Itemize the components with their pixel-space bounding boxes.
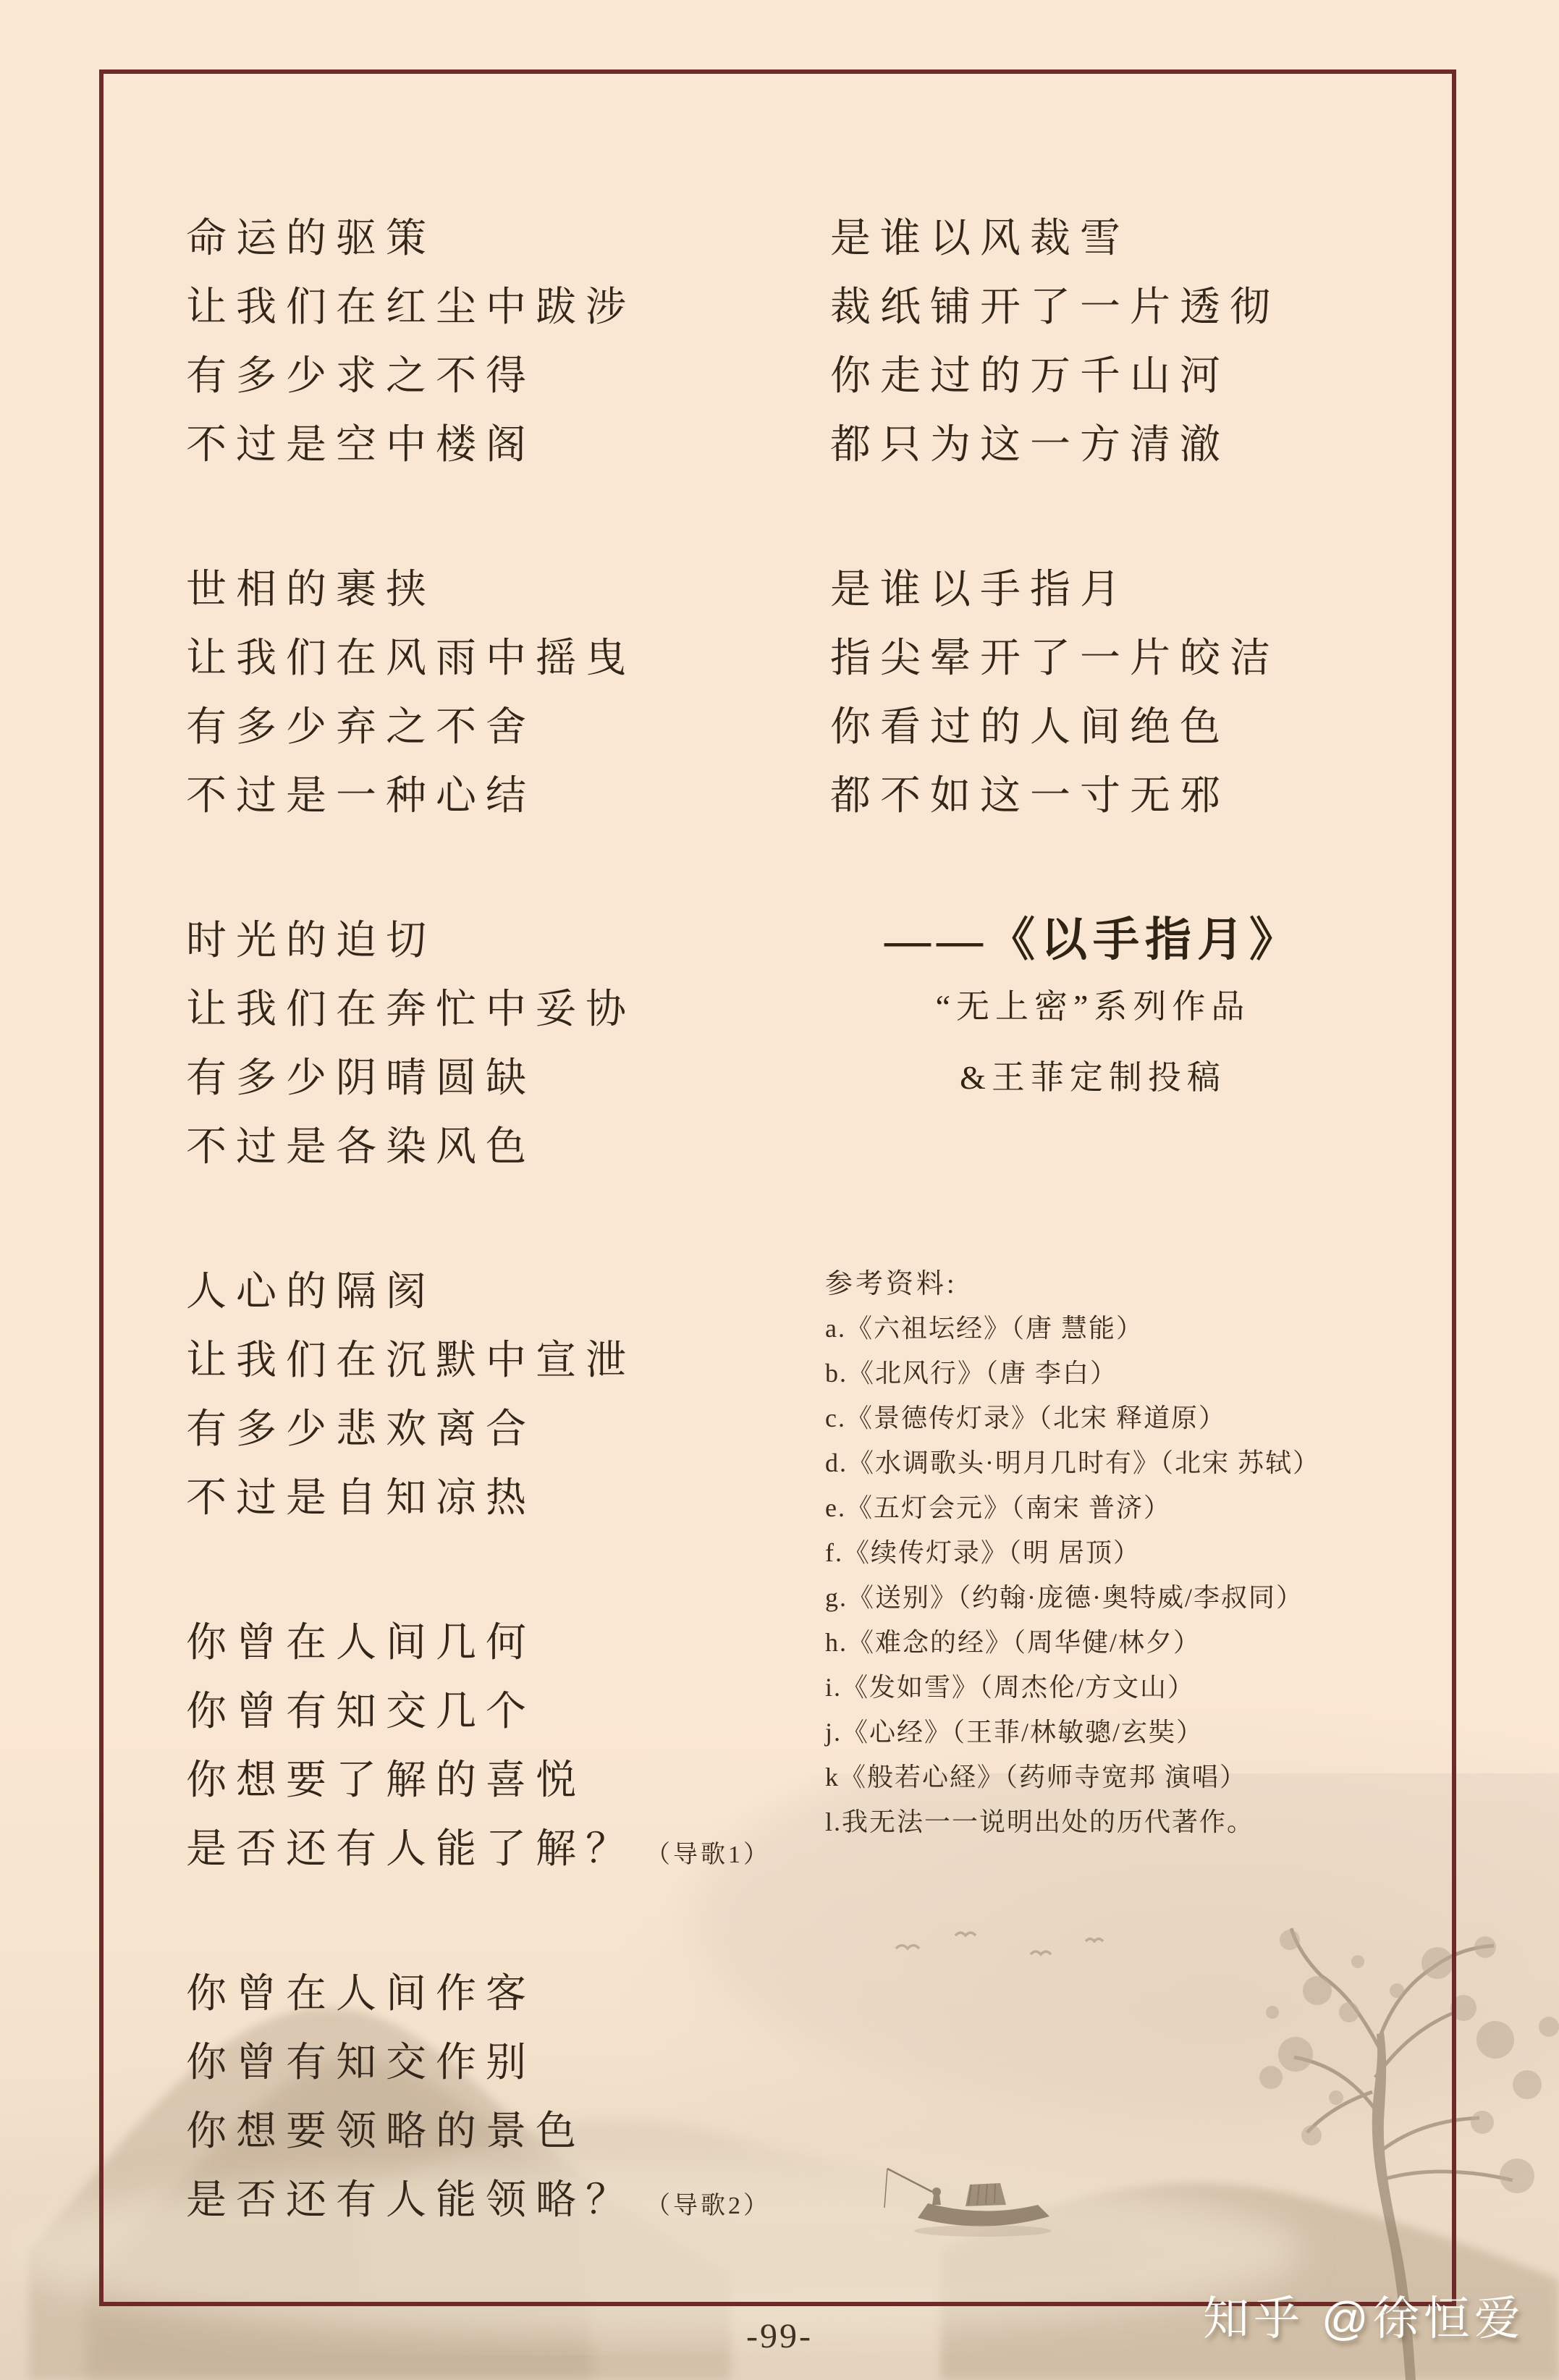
poem-line: 让我们在奔忙中妥协 [186,976,635,1045]
references-title: 参考资料: [825,1262,1320,1306]
poem-line: 你曾有知交几个 [186,1678,771,1747]
poem-line: 有多少悲欢离合 [186,1396,635,1464]
reference-item: c.《景德传灯录》（北宋 释道原） [825,1396,1320,1440]
poem-line: 都只为这一方清澈 [830,411,1280,480]
poem-line: 指尖晕开了一片皎洁 [830,625,1280,693]
series-label: “无上密”系列作品 [832,971,1353,1042]
stanza-left-1: 命运的驱策 让我们在红尘中跋涉 有多少求之不得 不过是空中楼阁 [186,205,635,480]
reference-item: h.《难念的经》（周华健/林夕） [825,1620,1320,1665]
poem-line: 你曾在人间几何 [186,1609,771,1678]
poem-line: 你想要了解的喜悦 [186,1747,771,1815]
reference-item: e.《五灯会元》（南宋 普济） [825,1485,1320,1530]
stanza-right-2: 是谁以手指月 指尖晕开了一片皎洁 你看过的人间绝色 都不如这一寸无邪 [830,556,1280,831]
zhihu-watermark: 知乎 @徐恒爱 [1203,2282,1525,2348]
stanza-left-5: 你曾在人间几何 你曾有知交几个 你想要了解的喜悦 是否还有人能了解？（导歌1） [186,1609,771,1884]
poem-line: 不过是各染风色 [186,1113,635,1182]
poem-line: 世相的裹挟 [186,556,635,625]
lyric-section-note: （导歌1） [646,1841,771,1868]
poem-line: 你看过的人间绝色 [830,693,1280,762]
poem-line: 是谁以风裁雪 [830,205,1280,274]
reference-item: d.《水调歌头·明月几时有》（北宋 苏轼） [825,1440,1320,1485]
poem-line: 不过是空中楼阁 [186,411,635,480]
reference-item: l.我无法一一说明出处的历代著作。 [825,1799,1320,1844]
poem-line: 有多少弃之不舍 [186,693,635,762]
stanza-left-2: 世相的裹挟 让我们在风雨中摇曳 有多少弃之不舍 不过是一种心结 [186,556,635,831]
poem-line: 你曾有知交作别 [186,2029,771,2098]
dedication-label: &王菲定制投稿 [832,1042,1353,1113]
book-page: 命运的驱策 让我们在红尘中跋涉 有多少求之不得 不过是空中楼阁 世相的裹挟 让我… [0,0,1559,2380]
references-block: 参考资料: a.《六祖坛经》（唐 慧能） b.《北风行》（唐 李白） c.《景德… [825,1262,1320,1844]
poem-line: 时光的迫切 [186,907,635,976]
poem-line: 让我们在红尘中跋涉 [186,274,635,342]
poem-line: 是谁以手指月 [830,556,1280,625]
poem-line: 你曾在人间作客 [186,1960,771,2029]
reference-item: k《般若心経》（药师寺宽邦 演唱） [825,1755,1320,1799]
lyric-section-note: （导歌2） [646,2193,771,2219]
poem-line: 不过是一种心结 [186,762,635,831]
poem-line: 你走过的万千山河 [830,342,1280,411]
reference-item: b.《北风行》（唐 李白） [825,1351,1320,1396]
stanza-left-3: 时光的迫切 让我们在奔忙中妥协 有多少阴晴圆缺 不过是各染风色 [186,907,635,1182]
poem-line: 裁纸铺开了一片透彻 [830,274,1280,342]
reference-item: j.《心经》（王菲/林敏骢/玄奘） [825,1710,1320,1755]
stanza-left-4: 人心的隔阂 让我们在沉默中宣泄 有多少悲欢离合 不过是自知凉热 [186,1258,635,1533]
poem-line: 都不如这一寸无邪 [830,762,1280,831]
poem-line: 有多少阴晴圆缺 [186,1045,635,1113]
poem-line: 人心的隔阂 [186,1258,635,1327]
poem-line: 你想要领略的景色 [186,2098,771,2166]
poem-line: 有多少求之不得 [186,342,635,411]
reference-item: f.《续传灯录》（明 居顶） [825,1530,1320,1575]
poem-line-text: 是否还有人能领略？ [186,2178,635,2223]
poem-line: 不过是自知凉热 [186,1464,635,1533]
reference-item: g.《送别》（约翰·庞德·奥特威/李叔同） [825,1575,1320,1620]
poem-line: 命运的驱策 [186,205,635,274]
song-title: ——《以手指月》 [832,909,1353,971]
poem-line: 是否还有人能了解？（导歌1） [186,1815,771,1884]
reference-item: i.《发如雪》（周杰伦/方文山） [825,1665,1320,1710]
poem-line: 让我们在风雨中摇曳 [186,625,635,693]
poem-line-text: 是否还有人能了解？ [186,1827,635,1872]
stanza-right-1: 是谁以风裁雪 裁纸铺开了一片透彻 你走过的万千山河 都只为这一方清澈 [830,205,1280,480]
poem-line: 让我们在沉默中宣泄 [186,1327,635,1396]
stanza-left-6: 你曾在人间作客 你曾有知交作别 你想要领略的景色 是否还有人能领略？（导歌2） [186,1960,771,2235]
poem-line: 是否还有人能领略？（导歌2） [186,2166,771,2235]
reference-item: a.《六祖坛经》（唐 慧能） [825,1306,1320,1351]
attribution-block: ——《以手指月》 “无上密”系列作品 &王菲定制投稿 [832,909,1353,1113]
